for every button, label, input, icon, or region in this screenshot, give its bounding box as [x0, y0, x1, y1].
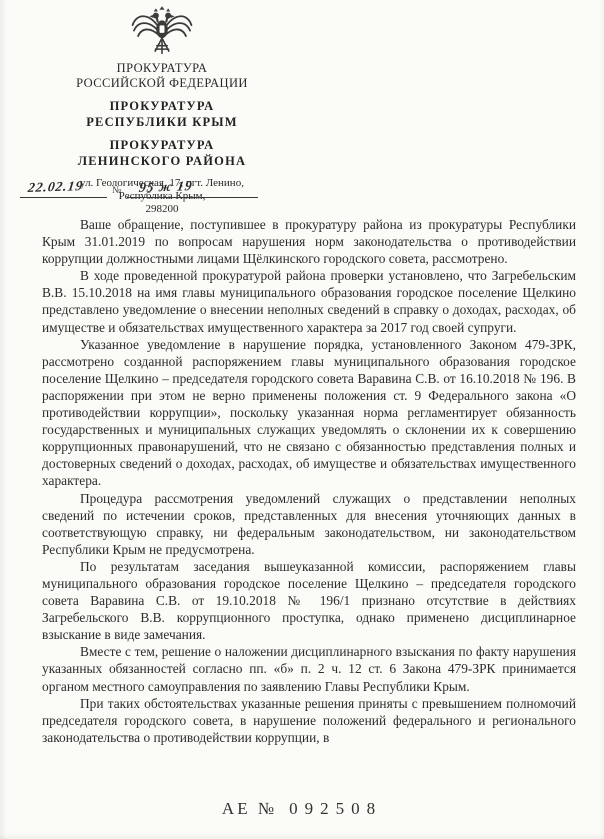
paragraph: Указанное уведомление в нарушение порядк…	[42, 336, 576, 490]
paragraph: Вместе с тем, решение о наложении дисцип…	[42, 643, 576, 694]
org-crimea: ПРОКУРАТУРА РЕСПУБЛИКИ КРЫМ	[28, 99, 296, 130]
handwritten-date: 22.02.19	[27, 178, 84, 196]
coat-of-arms-icon	[126, 6, 198, 58]
org-federation: ПРОКУРАТУРА РОССИЙСКОЙ ФЕДЕРАЦИИ	[28, 61, 296, 91]
org-crimea-line2: РЕСПУБЛИКИ КРЫМ	[28, 115, 296, 131]
paragraph: Ваше обращение, поступившее в прокуратур…	[42, 216, 576, 267]
address-line3: 298200	[28, 203, 296, 216]
org-district: ПРОКУРАТУРА ЛЕНИНСКОГО РАЙОНА	[28, 138, 296, 169]
number-sign: №	[107, 185, 127, 198]
org-federation-line1: ПРОКУРАТУРА	[28, 61, 296, 76]
org-federation-line2: РОССИЙСКОЙ ФЕДЕРАЦИИ	[28, 76, 296, 91]
reference-line: 22.02.19 № 95 ж 19	[20, 172, 290, 198]
paragraph: При таких обстоятельствах указанные реше…	[42, 695, 576, 746]
serial-stamp: АЕ №092508	[0, 799, 604, 819]
paragraph: Процедура рассмотрения уведомлений служа…	[42, 490, 576, 558]
letter-body: Ваше обращение, поступившее в прокуратур…	[42, 216, 576, 746]
org-crimea-line1: ПРОКУРАТУРА	[28, 99, 296, 115]
handwritten-number: 95 ж 19	[137, 178, 193, 196]
date-field: 22.02.19	[20, 178, 107, 198]
scanned-letter-page: ПРОКУРАТУРА РОССИЙСКОЙ ФЕДЕРАЦИИ ПРОКУРА…	[0, 0, 604, 839]
number-field: 95 ж 19	[127, 178, 258, 198]
paragraph: В ходе проведенной прокуратурой района п…	[42, 267, 576, 335]
org-district-line1: ПРОКУРАТУРА	[28, 138, 296, 154]
org-district-line2: ЛЕНИНСКОГО РАЙОНА	[28, 154, 296, 170]
paragraph: По результатам заседания вышеуказанной к…	[42, 558, 576, 643]
serial-prefix: АЕ №	[222, 799, 277, 818]
serial-number: 092508	[289, 799, 382, 818]
